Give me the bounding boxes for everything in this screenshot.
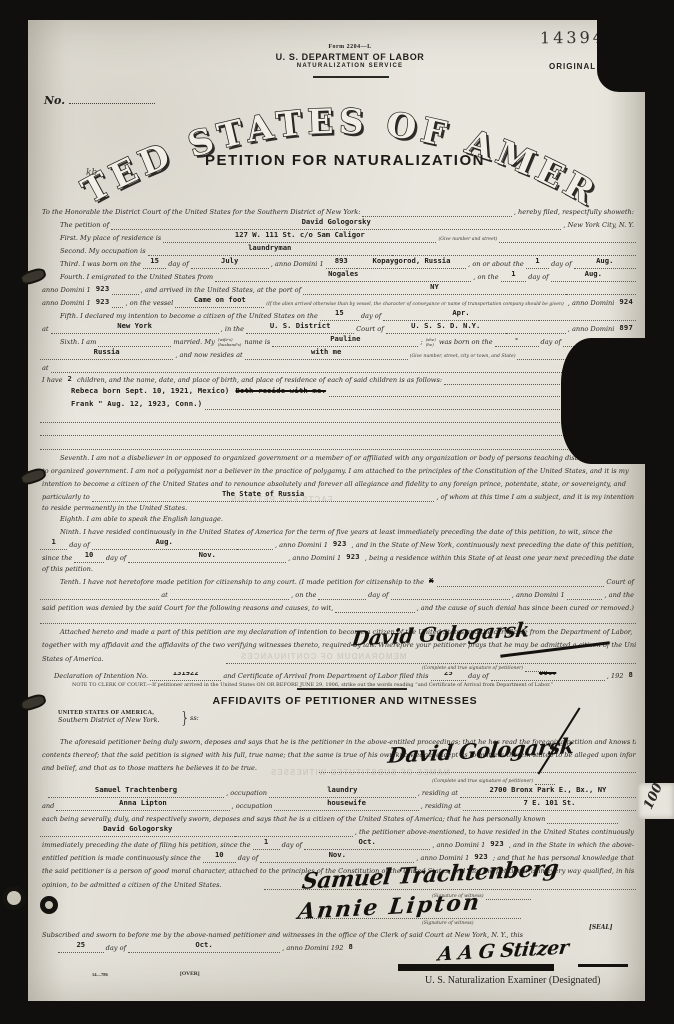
typed-text: 923 xyxy=(93,285,113,294)
form-line: Frank " Aug. 12, 1923, Conn.) xyxy=(40,397,636,410)
typed-text: 8 xyxy=(345,943,356,952)
printed-text: , and arrived in the United States, at t… xyxy=(139,286,303,295)
form-line: Sixth. I ammarried. My(wife's)(husband's… xyxy=(40,334,636,347)
typed-value: laundry xyxy=(327,785,357,794)
blank-dotted-line xyxy=(437,585,605,587)
typed-value: Kopaygorod, Russia xyxy=(373,256,451,265)
filled-field: Nov. xyxy=(128,550,286,563)
typed-value: Aug. xyxy=(585,269,602,278)
printed-text: Fourth. I emigrated to the United States… xyxy=(58,273,215,282)
typed-value: Apr. xyxy=(452,308,469,317)
filled-field: Anna Lipton xyxy=(56,798,229,811)
printed-text: , and in the State of New York, continuo… xyxy=(350,541,637,550)
blank-dotted-line xyxy=(40,434,636,436)
form-line: I have2children, and the name, date, and… xyxy=(40,373,636,385)
printed-text: , anno Domini 1 xyxy=(269,260,326,269)
typed-value: Oct. xyxy=(539,672,556,677)
blank-dotted-line xyxy=(567,598,603,600)
filled-field: 127 W. 111 St. c/o Sam Caligor xyxy=(163,230,436,243)
blank-dotted-line xyxy=(318,598,366,600)
typed-text: 924 xyxy=(616,298,636,307)
filled-field: David Gologorsky xyxy=(40,824,235,837)
typed-value: U. S. District xyxy=(270,321,331,330)
form-line: Tenth. I have not heretofore made petiti… xyxy=(40,574,636,587)
filled-field: New York xyxy=(51,321,219,334)
section-rule xyxy=(297,688,407,690)
printed-text: Seventh. I am not a disbeliever in or op… xyxy=(58,454,636,463)
printed-text: , anno Domini 1 xyxy=(286,554,343,563)
form-line: Russia, and now resides atwith me(Give n… xyxy=(40,347,636,360)
blacked-out-caption xyxy=(398,964,554,971)
blank-dotted-line xyxy=(40,448,636,450)
typed-value: 131922 xyxy=(173,672,199,677)
typed-value: 127 W. 111 St. c/o Sam Caligor xyxy=(235,230,365,239)
examiner-caption: U. S. Naturalization Examiner (Designate… xyxy=(425,975,601,986)
blank-dotted-line xyxy=(170,598,289,600)
printed-text: children, and the name, date, and place … xyxy=(75,376,444,385)
venue-block: UNITED STATES OF AMERICA, Southern Distr… xyxy=(58,710,160,724)
form-line: of this petition. xyxy=(40,563,636,574)
printed-text: said petition was denied by the said Cou… xyxy=(40,604,335,613)
pencil-initials: kb xyxy=(86,168,97,178)
filled-field: 1 xyxy=(253,837,280,850)
filled-field: laundryman xyxy=(148,243,392,256)
blank-dotted-line xyxy=(40,598,159,600)
typed-value: Pauline xyxy=(330,334,360,343)
form-line: to organized government. I am not a poly… xyxy=(40,463,636,476)
printed-text: married. My xyxy=(171,338,216,347)
blank-dotted-line xyxy=(40,622,636,624)
filled-field: 1 xyxy=(40,537,67,550)
scan-border-left xyxy=(0,0,28,1024)
typed-value: 7 E. 101 St. xyxy=(523,798,575,807)
printed-text: at xyxy=(40,325,51,334)
typed-value: 1 xyxy=(535,256,539,265)
filled-field: 10 xyxy=(74,550,104,563)
printed-text: , residing at xyxy=(419,802,463,811)
printed-text: States of America. xyxy=(40,655,106,664)
typed-value: Nov. xyxy=(329,850,346,859)
blank-dotted-line xyxy=(391,598,510,600)
printed-text: , New York City, N. Y. xyxy=(561,221,636,230)
printed-text: , and the cause of such denial has since… xyxy=(415,604,636,613)
printed-text: , and now resides at xyxy=(173,351,244,360)
filled-field: NY xyxy=(303,282,566,295)
form-line: Rebeca born Sept. 10, 1921, Mexico)Both … xyxy=(40,385,636,397)
form-line: Eighth. I am able to speak the English l… xyxy=(40,513,636,524)
filled-field: 25 xyxy=(58,940,104,953)
venue-ss: ss: xyxy=(190,714,199,722)
typed-value: - xyxy=(514,334,518,343)
form-line: atNew York, in theU. S. DistrictCourt of… xyxy=(40,321,636,334)
typed-value: Nogales xyxy=(328,269,358,278)
printed-text: particularly to xyxy=(40,493,92,502)
printed-text: Court of xyxy=(354,325,386,334)
struck-typed-text: Both reside with me. xyxy=(232,387,329,396)
form-line: immediately preceding the date of filing… xyxy=(40,837,636,850)
typed-value: 15 xyxy=(150,256,159,265)
printed-text: , anno Domini 1 xyxy=(273,541,330,550)
typed-text: 923 xyxy=(343,553,363,562)
form-line: Second. My occupation islaundryman xyxy=(40,243,636,256)
filled-field: - xyxy=(495,334,539,347)
printed-text: day of xyxy=(366,591,390,600)
printed-text: to reside permanently in the United Stat… xyxy=(40,504,189,513)
form-line: David Gologorsky, the petitioner above-m… xyxy=(40,824,636,837)
typed-value: July xyxy=(221,256,238,265)
filled-field: Oct. xyxy=(304,837,430,850)
typed-value: Anna Lipton xyxy=(119,798,167,807)
fine-print: (Complete and true signature of petition… xyxy=(420,665,525,672)
printed-text: , on or about the xyxy=(466,260,526,269)
tab-handwritten-note: 100 xyxy=(641,781,666,812)
printed-text: Subscribed and sworn to before me by the… xyxy=(40,931,525,940)
blank-dotted-line xyxy=(51,371,636,373)
printed-text: , 192 xyxy=(605,672,626,681)
form-line xyxy=(40,410,636,423)
typed-value: laundryman xyxy=(248,243,291,252)
form-line: at, on theday of, anno Domini 1, and the xyxy=(40,587,636,600)
printed-text: day of xyxy=(166,260,190,269)
typed-text: 923 xyxy=(330,540,350,549)
printed-text: Sixth. I am xyxy=(58,338,98,347)
typed-text: 897 xyxy=(616,324,636,333)
typed-value: 2700 Bronx Park E., Bx., NY xyxy=(490,785,607,794)
filled-field: Nov. xyxy=(260,850,414,863)
printed-text: opinion, to be admitted a citizen of the… xyxy=(40,881,224,890)
printed-text: , of whom at this time I am a subject, a… xyxy=(434,493,636,502)
fine-print: (If the alien arrived otherwise than by … xyxy=(264,301,566,308)
printed-text: each being severally, duly, and respecti… xyxy=(40,815,547,824)
printed-text: , anno Domini 192 xyxy=(280,944,345,953)
printed-text: , on the xyxy=(471,273,500,282)
printed-text: at xyxy=(40,364,51,373)
printed-text: day of xyxy=(549,260,573,269)
printed-text: First. My place of residence is xyxy=(58,234,163,243)
blank-dotted-line xyxy=(112,306,123,308)
printed-text: I have xyxy=(40,376,65,385)
printed-text: , anno Domini xyxy=(566,325,617,334)
printed-text: Second. My occupation is xyxy=(58,247,148,256)
venue-line2: Southern District of New York. xyxy=(58,716,160,724)
venue-brace: } xyxy=(180,708,190,727)
typed-value: Samuel Trachtenberg xyxy=(95,785,177,794)
form-number: Form 2204—L xyxy=(250,44,450,50)
filled-field: 10 xyxy=(203,850,236,863)
form-line: at xyxy=(40,360,636,373)
form-line: intention to become a citizen of the Uni… xyxy=(40,476,636,489)
typed-text: 8 xyxy=(625,672,636,680)
form-line: since the10day ofNov., anno Domini 1923,… xyxy=(40,550,636,563)
form-line xyxy=(40,613,636,624)
printed-text: and Certificate of Arrival from Departme… xyxy=(221,672,430,681)
typed-value: U. S. S. D. N.Y. xyxy=(411,321,480,330)
printed-text: , anno Domini 1 xyxy=(430,841,487,850)
printed-text: , residing at xyxy=(416,789,460,798)
printed-text: day of xyxy=(104,554,128,563)
printed-text: , the petitioner above-mentioned, to hav… xyxy=(353,828,636,837)
form-line: anno Domini 1923, on the vesselCame on f… xyxy=(40,295,636,308)
form-line: said petition was denied by the said Cou… xyxy=(40,600,636,613)
printed-text: day of xyxy=(67,541,91,550)
form-line: First. My place of residence is127 W. 11… xyxy=(40,230,636,243)
form-line: Fifth. I declared my intention to become… xyxy=(40,308,636,321)
form-line: To the Honorable the District Court of t… xyxy=(40,204,636,217)
filled-field: July xyxy=(191,256,269,269)
printed-text: was born on the xyxy=(437,338,495,347)
struck-typed-text: X xyxy=(426,577,437,586)
printed-text: Tenth. I have not heretofore made petiti… xyxy=(58,578,426,587)
form-line: Declaration of Intention No.131922and Ce… xyxy=(40,672,636,681)
form-line: (Complete and true signature of petition… xyxy=(40,773,636,785)
printed-text: day of xyxy=(466,672,490,681)
filled-field: housewife xyxy=(274,798,418,811)
typed-text: 923 xyxy=(93,298,113,307)
fine-print: (Signature of witness) xyxy=(420,920,476,927)
typed-value: David Gologorsky xyxy=(103,824,172,833)
filled-field: Aug. xyxy=(551,269,636,282)
blank-dotted-line xyxy=(335,611,414,613)
form-line: Ninth. I have resided continuously in th… xyxy=(40,524,636,537)
scan-border-right xyxy=(645,0,674,1024)
printed-text: , anno Domini 1 xyxy=(510,591,567,600)
filled-field: Aug. xyxy=(574,256,636,269)
blacked-out-dash xyxy=(578,964,628,967)
scan-corner-shadow xyxy=(597,0,674,92)
printed-text: of this petition. xyxy=(40,565,95,574)
printed-text: since the xyxy=(40,554,74,563)
printed-text: and belief, and that as to those matters… xyxy=(40,764,259,773)
form-line: Seventh. I am not a disbeliever in or op… xyxy=(40,450,636,463)
printed-text: , occupation xyxy=(230,802,275,811)
filled-field: Kopaygorod, Russia xyxy=(357,256,466,269)
scan-border-top xyxy=(0,0,674,20)
filled-field: Apr. xyxy=(383,308,539,321)
typed-value: David Gologorsky xyxy=(302,217,371,226)
form-line: (Complete and true signature of petition… xyxy=(40,664,636,672)
filled-field: Oct. xyxy=(491,672,605,681)
printed-text: Attached hereto and made a part of this … xyxy=(58,628,634,637)
typed-text: 923 xyxy=(487,840,507,849)
filled-field: Nogales xyxy=(215,269,471,282)
filled-field: Samuel Trachtenberg xyxy=(48,785,224,798)
printed-text: , occupation xyxy=(224,789,269,798)
printed-text: and xyxy=(40,802,56,811)
typed-value: 1 xyxy=(51,537,55,546)
typed-text: Rebeca born Sept. 10, 1921, Mexico) xyxy=(68,387,232,396)
form-footer-number: 14—786 xyxy=(92,972,108,977)
fine-print: (Give number and street) xyxy=(436,236,499,243)
form-line: to reside permanently in the United Stat… xyxy=(40,502,636,513)
typed-value: 10 xyxy=(85,550,94,559)
printed-text: day of xyxy=(526,273,550,282)
filled-field: Aug. xyxy=(92,537,237,550)
printed-text: day of xyxy=(104,944,128,953)
page-title: PETITION FOR NATURALIZATION xyxy=(90,152,600,169)
service-subtitle: NATURALIZATION SERVICE xyxy=(250,63,450,69)
scan-border-bottom xyxy=(0,1001,674,1024)
typed-text: 2 xyxy=(65,375,76,384)
form-line: particularly toThe State of Russia, of w… xyxy=(40,489,636,502)
filled-field: Oct. xyxy=(128,940,280,953)
filled-field: with me xyxy=(245,347,408,360)
form-line: each being severally, duly, and respecti… xyxy=(40,811,636,824)
punch-hole xyxy=(2,886,26,910)
form-line: The petition ofDavid Gologorsky, New Yor… xyxy=(40,217,636,230)
typed-value: 25 xyxy=(444,672,453,677)
filled-field: The State of Russia xyxy=(92,489,435,502)
printed-text: immediately preceding the date of filing… xyxy=(40,841,253,850)
filled-field: 15 xyxy=(320,308,359,321)
typed-value: Nov. xyxy=(199,550,216,559)
filled-field: Pauline xyxy=(272,334,418,347)
typed-value: Oct. xyxy=(358,837,375,846)
printed-text: , and the xyxy=(602,591,636,600)
printed-text: day of xyxy=(236,854,260,863)
filled-field: 7 E. 101 St. xyxy=(463,798,636,811)
filled-field: Came on foot xyxy=(175,295,264,308)
filled-field: 25 xyxy=(431,672,467,681)
printed-text: day of xyxy=(359,312,383,321)
typed-value: Aug. xyxy=(596,256,613,265)
typed-value: Came on foot xyxy=(194,295,246,304)
printed-text: intention to become a citizen of the Uni… xyxy=(40,480,628,489)
filled-field: 893 xyxy=(326,256,357,269)
petition-form-body: To the Honorable the District Court of t… xyxy=(40,204,636,953)
blank-dotted-line xyxy=(112,293,138,295)
filled-field: 1 xyxy=(526,256,549,269)
blank-dotted-line xyxy=(499,241,636,243)
form-line xyxy=(40,436,636,450)
seal-label: [SEAL] xyxy=(589,924,612,931)
filled-field: 1 xyxy=(501,269,527,282)
paper-tab: 100 xyxy=(638,783,674,819)
form-line: Fourth. I emigrated to the United States… xyxy=(40,269,636,282)
typed-value: Russia xyxy=(94,347,120,356)
arch-title-text: UNITED STATES OF AMERICA xyxy=(57,78,605,215)
over-label: [OVER] xyxy=(180,971,200,977)
typed-value: 893 xyxy=(335,256,348,265)
filled-field: U. S. S. D. N.Y. xyxy=(386,321,506,334)
blank-dotted-line xyxy=(566,293,636,295)
typed-value: 15 xyxy=(335,308,344,317)
printed-text: anno Domini 1 xyxy=(40,299,93,308)
typed-value: housewife xyxy=(327,798,366,807)
scanned-document-page: FACTS FOR PETITION MEMORANDUM OF CONTINU… xyxy=(0,0,674,1024)
form-line: anno Domini 1923, and arrived in the Uni… xyxy=(40,282,636,295)
typed-value: The State of Russia xyxy=(222,489,304,498)
filled-field: U. S. District xyxy=(246,321,354,334)
printed-text: , on the xyxy=(289,591,318,600)
filled-field: David Gologorsky xyxy=(111,217,561,230)
blank-dotted-line xyxy=(547,822,618,824)
affidavits-heading: AFFIDAVITS OF PETITIONER AND WITNESSES xyxy=(110,695,580,707)
department-title: U. S. DEPARTMENT OF LABOR xyxy=(230,52,470,62)
typed-value: Aug. xyxy=(155,537,172,546)
fine-print: (Complete and true signature of petition… xyxy=(430,778,535,785)
printed-text: anno Domini 1 xyxy=(40,286,93,295)
printed-text: Fifth. I declared my intention to become… xyxy=(58,312,320,321)
printed-text: , in the xyxy=(219,325,246,334)
typed-value: with me xyxy=(311,347,341,356)
typed-value: New York xyxy=(117,321,152,330)
printed-text: at xyxy=(159,591,170,600)
blank-dotted-line xyxy=(486,898,531,900)
typed-value: 1 xyxy=(511,269,515,278)
typed-value: NY xyxy=(430,282,439,291)
printed-text: name is xyxy=(242,338,272,347)
printed-text: , and in the State in which the above- xyxy=(507,841,636,850)
typed-value: 10 xyxy=(215,850,224,859)
printed-text: Declaration of Intention No. xyxy=(52,672,150,681)
filled-field: 131922 xyxy=(150,672,221,681)
typed-value: 25 xyxy=(76,940,85,949)
form-line: andAnna Lipton, occupationhousewife, res… xyxy=(40,798,636,811)
printed-text: Third. I was born on the xyxy=(58,260,143,269)
brace-alternates: (wife's)(husband's) xyxy=(217,338,243,347)
printed-text: day of xyxy=(539,338,563,347)
printed-text: to organized government. I am not a poly… xyxy=(40,467,631,476)
form-line: Samuel Trachtenberg, occupationlaundry, … xyxy=(40,785,636,798)
form-line: Third. I was born on the15day ofJuly, an… xyxy=(40,256,636,269)
punch-hole xyxy=(40,896,58,914)
filled-field: Russia xyxy=(40,347,173,360)
blank-dotted-line xyxy=(539,319,636,321)
form-line xyxy=(40,423,636,436)
original-label: ORIGINAL xyxy=(549,62,596,71)
svg-text:UNITED STATES OF AMERICA: UNITED STATES OF AMERICA xyxy=(57,78,605,215)
fine-print: (Give number, street, city or town, and … xyxy=(408,353,518,360)
printed-text: entitled petition is made continuously s… xyxy=(40,854,203,863)
form-line: 1day ofAug., anno Domini 1923, and in th… xyxy=(40,537,636,550)
printed-text: Court of xyxy=(604,578,636,587)
filled-field: laundry xyxy=(269,785,416,798)
printed-text: Ninth. I have resided continuously in th… xyxy=(58,528,615,537)
printed-text: The petition of xyxy=(58,221,111,230)
printed-text: , anno Domini xyxy=(566,299,617,308)
brace-alternates: (she)(he) xyxy=(425,338,437,347)
printed-text: day of xyxy=(280,841,304,850)
printed-text: Eighth. I am able to speak the English l… xyxy=(58,515,225,524)
typed-text: Frank " Aug. 12, 1923, Conn.) xyxy=(68,400,205,409)
form-line: States of America. xyxy=(40,650,636,664)
typed-value: 1 xyxy=(264,837,268,846)
brace-option: (he) xyxy=(426,343,436,347)
blank-dotted-line xyxy=(319,771,636,773)
filled-field: 2700 Bronx Park E., Bx., NY xyxy=(460,785,636,798)
brace-option: (husband's) xyxy=(218,343,242,347)
typed-value: Oct. xyxy=(195,940,212,949)
form-line: Attached hereto and made a part of this … xyxy=(40,624,636,637)
printed-text: , being a residence within this State of… xyxy=(363,554,636,563)
binder-clip xyxy=(561,338,671,464)
printed-text: , on the vessel xyxy=(123,299,175,308)
filled-field: 15 xyxy=(143,256,166,269)
printed-text: , hereby filed, respectfully showeth: xyxy=(512,208,636,217)
blank-dotted-line xyxy=(40,421,636,423)
printed-text: To the Honorable the District Court of t… xyxy=(40,208,362,217)
